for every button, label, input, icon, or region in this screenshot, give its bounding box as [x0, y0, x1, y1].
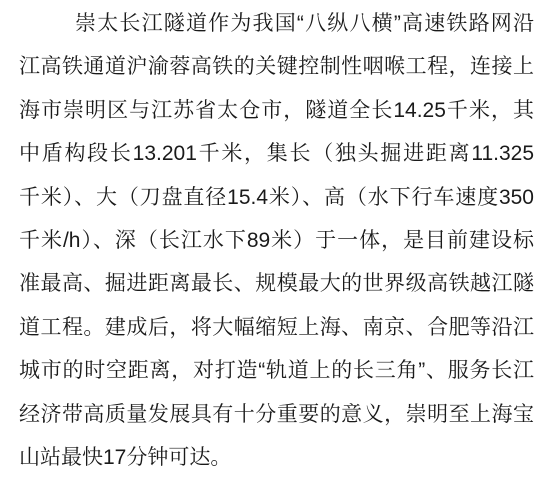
article-page: 崇太长江隧道作为我国“八纵八横”高速铁路网沿 江高铁通道沪渝蓉高铁的关键控制性咽… [0, 0, 550, 485]
paragraph-line-9: 城市的时空距离，对打造“轨道上的长三角”、服务长江 [19, 349, 534, 392]
paragraph-line-3: 海市崇明区与江苏省太仓市，隧道全长14.25千米，其 [19, 89, 534, 132]
paragraph-line-11: 山站最快17分钟可达。 [19, 436, 534, 479]
paragraph-line-8: 道工程。建成后，将大幅缩短上海、南京、合肥等沿江 [19, 306, 534, 349]
paragraph-line-5: 千米）、大（刀盘直径15.4米）、高（水下行车速度350 [19, 176, 534, 219]
paragraph-line-10: 经济带高质量发展具有十分重要的意义，崇明至上海宝 [19, 393, 534, 436]
article-paragraph: 崇太长江隧道作为我国“八纵八横”高速铁路网沿 江高铁通道沪渝蓉高铁的关键控制性咽… [0, 0, 550, 479]
paragraph-line-4: 中盾构段长13.201千米，集长（独头掘进距离11.325 [19, 132, 534, 175]
paragraph-line-6: 千米/h）、深（长江水下89米）于一体，是目前建设标 [19, 219, 534, 262]
paragraph-line-7: 准最高、掘进距离最长、规模最大的世界级高铁越江隧 [19, 262, 534, 305]
paragraph-line-2: 江高铁通道沪渝蓉高铁的关键控制性咽喉工程，连接上 [19, 45, 534, 88]
paragraph-line-1: 崇太长江隧道作为我国“八纵八横”高速铁路网沿 [19, 2, 534, 45]
